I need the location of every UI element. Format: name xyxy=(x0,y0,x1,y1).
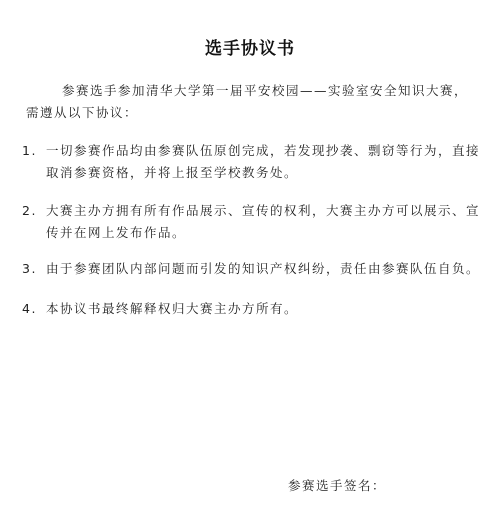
agreement-item-3: 3. 由于参赛团队内部问题而引发的知识产权纠纷，责任由参赛队伍自负。 xyxy=(22,258,482,280)
item-number: 3. xyxy=(22,258,46,280)
agreement-item-1: 1. 一切参赛作品均由参赛队伍原创完成，若发现抄袭、剽窃等行为，直接取消参赛资格… xyxy=(22,140,482,184)
item-number: 2. xyxy=(22,200,46,244)
intro-paragraph: 参赛选手参加清华大学第一届平安校园——实验室安全知识大赛，需遵从以下协议： xyxy=(26,80,476,124)
agreement-item-4: 4. 本协议书最终解释权归大赛主办方所有。 xyxy=(22,298,482,320)
item-text: 一切参赛作品均由参赛队伍原创完成，若发现抄袭、剽窃等行为，直接取消参赛资格，并将… xyxy=(46,140,482,184)
item-text: 本协议书最终解释权归大赛主办方所有。 xyxy=(46,298,482,320)
item-number: 4. xyxy=(22,298,46,320)
signature-label: 参赛选手签名： xyxy=(288,476,386,494)
item-text: 由于参赛团队内部问题而引发的知识产权纠纷，责任由参赛队伍自负。 xyxy=(46,258,482,280)
item-number: 1. xyxy=(22,140,46,184)
item-text: 大赛主办方拥有所有作品展示、宣传的权利，大赛主办方可以展示、宣传并在网上发布作品… xyxy=(46,200,482,244)
agreement-item-2: 2. 大赛主办方拥有所有作品展示、宣传的权利，大赛主办方可以展示、宣传并在网上发… xyxy=(22,200,482,244)
document-title: 选手协议书 xyxy=(0,34,500,59)
